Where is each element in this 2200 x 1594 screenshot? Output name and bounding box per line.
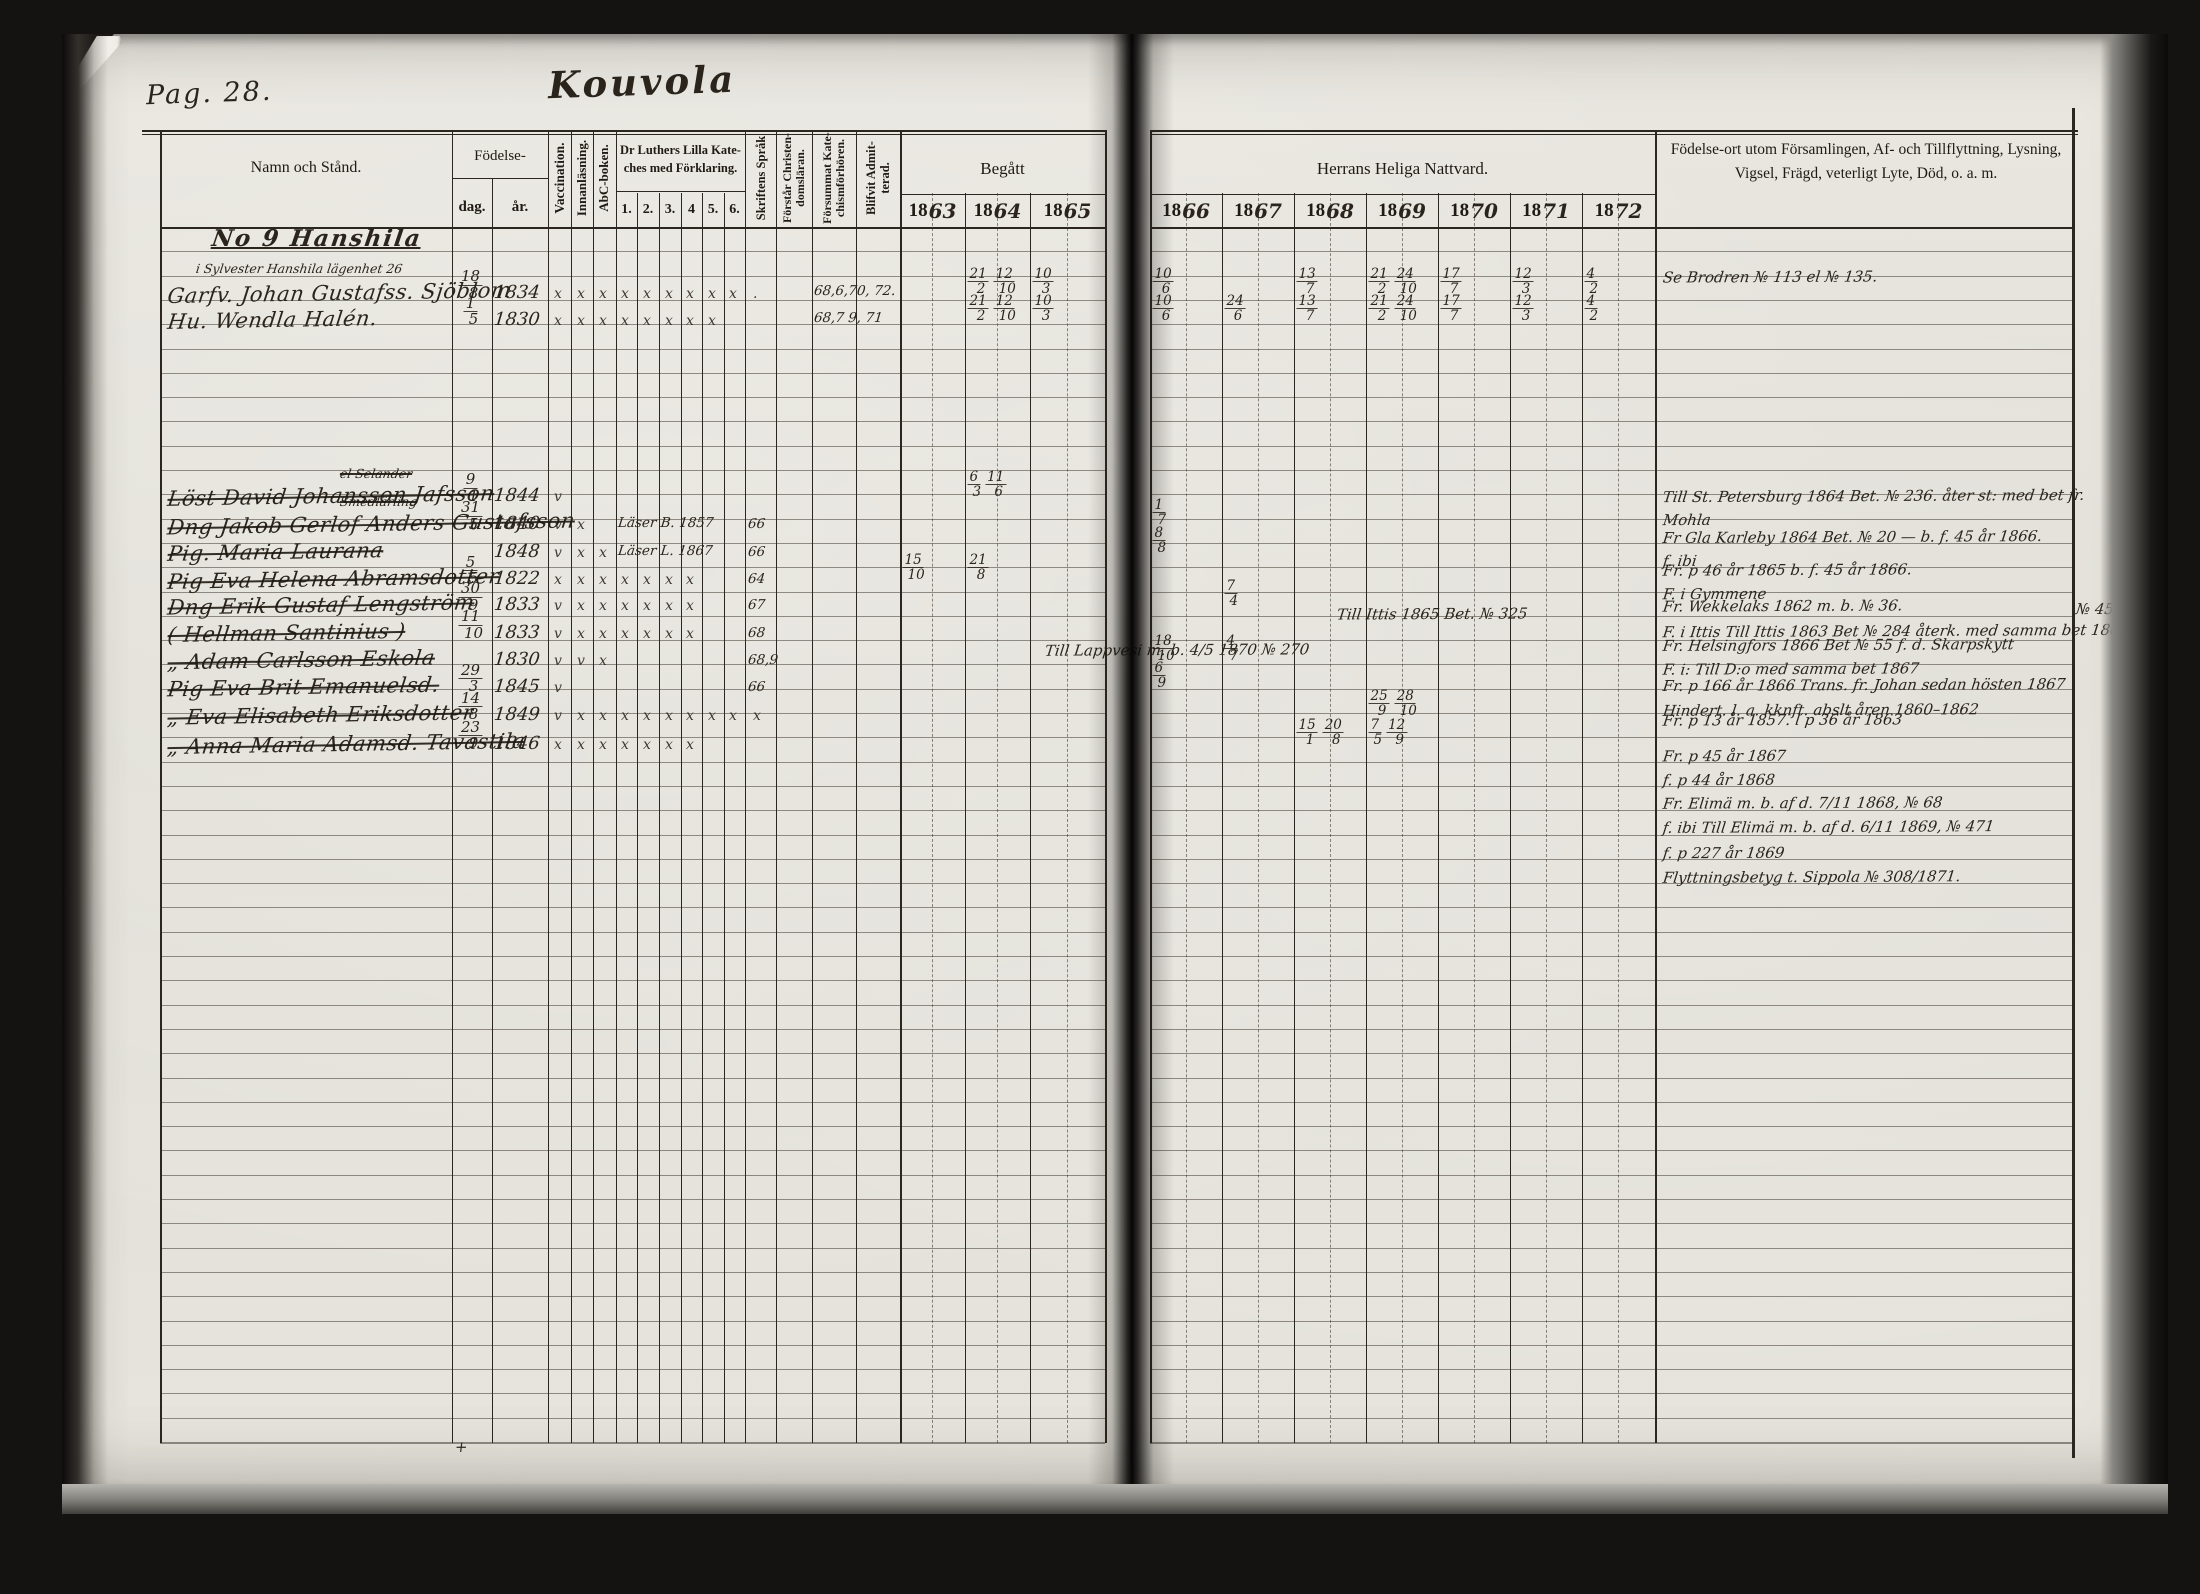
year-label-printed: 18 bbox=[1378, 200, 1397, 222]
entry-mark: x bbox=[577, 313, 585, 329]
entry-birth-year: 1848 bbox=[493, 541, 541, 562]
entry-mark: v bbox=[554, 680, 562, 696]
rule-horizontal bbox=[160, 883, 1105, 884]
entry-mark: x bbox=[665, 313, 673, 329]
date-fraction: 137 bbox=[1298, 294, 1319, 323]
entry-mark: x bbox=[621, 313, 629, 329]
grid-annotation: Till Lappvesi m. b. 4/5 1870 № 270 bbox=[1044, 640, 1311, 659]
entry-mark: x bbox=[665, 737, 673, 753]
rule-vertical bbox=[548, 130, 549, 1443]
rule-horizontal bbox=[160, 373, 1105, 374]
entry-mark: x bbox=[665, 626, 673, 642]
rule-vertical bbox=[702, 193, 703, 1443]
rule-horizontal bbox=[1150, 1248, 2072, 1249]
rule-vertical-dashed bbox=[1067, 193, 1068, 1443]
entry-birth-year: 1846 bbox=[493, 733, 541, 754]
rule-horizontal bbox=[1150, 1005, 2072, 1006]
grid-annotation: Till Ittis 1865 Bet. № 325 bbox=[1336, 604, 1529, 623]
entry-birth-day: 1110 bbox=[453, 609, 491, 642]
entry-mark: x bbox=[686, 572, 694, 588]
entry-mark: v bbox=[554, 489, 562, 505]
rule-vertical bbox=[1510, 193, 1511, 1443]
entry-birth-year: 1830 bbox=[493, 649, 541, 670]
rule-horizontal bbox=[160, 1321, 1105, 1322]
entry-mark: x bbox=[599, 572, 607, 588]
communion-cell: 103 bbox=[1034, 294, 1055, 323]
entry-mark: x bbox=[686, 626, 694, 642]
rule-horizontal bbox=[160, 1175, 1105, 1176]
communion-cell: 151208 bbox=[1298, 718, 1345, 747]
entry-mark: x bbox=[753, 708, 761, 724]
entry-birth-year: 1822 bbox=[493, 568, 541, 589]
date-fraction: 15 bbox=[465, 296, 479, 329]
year-label: 1870 bbox=[1438, 195, 1510, 226]
entry-catechumen-years: 68,6,70, 72. bbox=[813, 283, 896, 299]
date-fraction: 74 bbox=[1226, 579, 1239, 608]
entry-mark: x bbox=[621, 598, 629, 614]
rule-vertical bbox=[776, 130, 777, 1443]
entry-mark: x bbox=[599, 737, 607, 753]
entry-mark: x bbox=[686, 737, 694, 753]
entry-mark: x bbox=[621, 572, 629, 588]
rule-horizontal bbox=[1150, 1199, 2072, 1200]
entry-birth-day: 15 bbox=[453, 296, 491, 329]
rule-horizontal bbox=[1150, 1126, 2072, 1127]
book-edge-left bbox=[62, 34, 108, 1484]
entry-birth-year: 1833 bbox=[493, 622, 541, 643]
entry-mark: x bbox=[708, 708, 716, 724]
entry-reading-note: Läser L. 1867 bbox=[617, 543, 713, 559]
col-header-abc: AbC-boken. bbox=[593, 130, 616, 226]
rule-horizontal bbox=[1150, 1321, 2072, 1322]
rule-horizontal bbox=[160, 1199, 1105, 1200]
rule-vertical-dashed bbox=[1186, 193, 1187, 1443]
rule-horizontal bbox=[1150, 519, 2072, 520]
rule-horizontal bbox=[1150, 251, 2072, 252]
entry-birth-year: 1844 bbox=[493, 485, 541, 506]
entry-annotation: Fr. Helsingfors 1866 Bet № 55 f. d. Skar… bbox=[1662, 635, 2015, 655]
rule-vertical bbox=[160, 130, 162, 1443]
year-label-printed: 18 bbox=[909, 200, 928, 222]
rule-vertical bbox=[1582, 193, 1583, 1443]
rule-horizontal bbox=[160, 470, 1105, 471]
entry-name: ( Hellman Santinius ) bbox=[166, 619, 407, 647]
date-fraction: 259 bbox=[1370, 689, 1391, 718]
rule-horizontal bbox=[1150, 397, 2072, 398]
rule-horizontal bbox=[160, 1150, 1105, 1151]
rule-horizontal bbox=[160, 1053, 1105, 1054]
entry-mark: x bbox=[554, 286, 562, 302]
rule-horizontal bbox=[160, 907, 1105, 908]
year-label: 1869 bbox=[1366, 195, 1438, 226]
rule-horizontal bbox=[1150, 1078, 2072, 1079]
communion-cell: 63116 bbox=[969, 470, 1008, 499]
rule-horizontal bbox=[1150, 980, 2072, 981]
rule-vertical-dashed bbox=[1618, 193, 1619, 1443]
rule-horizontal bbox=[160, 859, 1105, 860]
entry-mark: v bbox=[554, 708, 562, 724]
col-header-admitted: Blifvit Admit- terad. bbox=[856, 130, 900, 226]
date-fraction: 212 bbox=[969, 294, 990, 323]
entry-birth-year: 1849 bbox=[493, 704, 541, 725]
communion-cell: 42 bbox=[1586, 294, 1599, 323]
year-label-printed: 18 bbox=[1522, 200, 1541, 222]
rule-horizontal bbox=[452, 178, 548, 179]
rule-horizontal bbox=[1150, 446, 2072, 447]
rule-horizontal bbox=[160, 1369, 1105, 1370]
entry-name: Pig Eva Helena Abramsdotter bbox=[166, 564, 500, 594]
date-fraction: 75 bbox=[1370, 718, 1383, 747]
entry-mark: x bbox=[643, 572, 651, 588]
entry-name-note: el Selander bbox=[339, 466, 413, 481]
rule-vertical-dashed bbox=[1546, 193, 1547, 1443]
rule-horizontal bbox=[1150, 1418, 2072, 1419]
date-fraction: 103 bbox=[1034, 294, 1055, 323]
entry-mark: x bbox=[577, 545, 585, 561]
rule-horizontal bbox=[1150, 1223, 2072, 1224]
entry-mark: x bbox=[621, 708, 629, 724]
entry-birth-day: 239 bbox=[453, 720, 491, 753]
entry-mark: x bbox=[643, 626, 651, 642]
year-label-script: 63 bbox=[929, 199, 957, 223]
rule-horizontal bbox=[1150, 1296, 2072, 1297]
rule-horizontal bbox=[1150, 907, 2072, 908]
rule-horizontal bbox=[142, 130, 1105, 132]
rule-vertical bbox=[637, 193, 638, 1443]
entry-mark: x bbox=[643, 313, 651, 329]
entry-mark: x bbox=[621, 737, 629, 753]
rule-horizontal bbox=[1150, 134, 2078, 135]
rule-vertical bbox=[724, 193, 725, 1443]
catechism-col-number: 1. bbox=[616, 201, 637, 219]
entry-mark: v bbox=[554, 653, 562, 669]
year-label-script: 71 bbox=[1542, 199, 1570, 223]
book-edge-right bbox=[2100, 34, 2168, 1484]
entry-language-note: 68,9 bbox=[747, 652, 779, 668]
entry-mark: x bbox=[577, 572, 585, 588]
entry-mark: v bbox=[577, 653, 585, 669]
rule-horizontal bbox=[160, 1005, 1105, 1006]
year-label-printed: 18 bbox=[1234, 200, 1253, 222]
entry-mark: x bbox=[599, 653, 607, 669]
year-label-printed: 18 bbox=[1306, 200, 1325, 222]
rule-horizontal bbox=[1150, 1442, 2072, 1444]
rule-vertical bbox=[812, 130, 813, 1443]
rule-horizontal bbox=[1150, 1102, 2072, 1103]
rule-horizontal bbox=[160, 1442, 1105, 1444]
rule-horizontal bbox=[160, 1248, 1105, 1249]
year-label-printed: 18 bbox=[1044, 200, 1063, 222]
entry-mark: x bbox=[729, 286, 737, 302]
rule-horizontal bbox=[1150, 1053, 2072, 1054]
entry-mark: x bbox=[665, 572, 673, 588]
rule-horizontal bbox=[160, 810, 1105, 811]
rule-horizontal bbox=[1150, 786, 2072, 787]
rule-horizontal bbox=[160, 786, 1105, 787]
rule-vertical bbox=[681, 193, 682, 1443]
entry-annotation: Mohla bbox=[1662, 511, 1712, 529]
year-label-script: 66 bbox=[1182, 199, 1210, 223]
year-label-script: 70 bbox=[1470, 199, 1498, 223]
entry-annotation: Fr Gla Karleby 1864 Bet. № 20 — b. f. 45… bbox=[1662, 527, 2043, 547]
entry-mark: x bbox=[708, 286, 716, 302]
entry-mark: x bbox=[577, 737, 585, 753]
rule-vertical bbox=[492, 178, 493, 1443]
rule-horizontal bbox=[160, 1078, 1105, 1079]
book-edge-bottom bbox=[62, 1484, 2168, 1514]
rule-vertical bbox=[616, 130, 617, 1443]
rule-horizontal bbox=[160, 762, 1105, 763]
entry-mark: x bbox=[686, 598, 694, 614]
rule-horizontal bbox=[1150, 1272, 2072, 1273]
rule-horizontal bbox=[160, 1126, 1105, 1127]
year-label-script: 68 bbox=[1326, 199, 1354, 223]
entry-mark: x bbox=[708, 313, 716, 329]
entry-mark: v bbox=[554, 626, 562, 642]
entry-name-note: Smedlärling bbox=[339, 494, 418, 509]
date-fraction: 129 bbox=[1388, 718, 1409, 747]
rule-vertical bbox=[1655, 130, 1657, 1443]
rule-vertical bbox=[2072, 108, 2075, 1458]
year-label: 1868 bbox=[1294, 195, 1366, 226]
entry-name: Hu. Wendla Halén. bbox=[166, 306, 378, 334]
rule-horizontal bbox=[1150, 324, 2072, 325]
communion-cell: 246 bbox=[1226, 294, 1247, 323]
rule-vertical bbox=[1294, 193, 1295, 1443]
date-fraction: 246 bbox=[1226, 294, 1247, 323]
rule-horizontal bbox=[1150, 373, 2072, 374]
catechism-col-number: 4 bbox=[681, 201, 702, 219]
year-label: 1871 bbox=[1510, 195, 1582, 226]
entry-birth-year: 1834 bbox=[493, 282, 541, 303]
entry-language-note: 67 bbox=[747, 597, 766, 613]
entry-mark: x bbox=[554, 737, 562, 753]
rule-horizontal bbox=[1150, 470, 2072, 471]
rule-horizontal bbox=[160, 1345, 1105, 1346]
entry-annotation: Fr. p 13 år 1857. l p 36 år 1863 bbox=[1662, 711, 1903, 730]
entry-mark: x bbox=[665, 708, 673, 724]
entry-annotation: Flyttningsbetyg t. Sippola № 308/1871. bbox=[1662, 867, 1962, 887]
col-header-understands: Förstår Christen- domsläran. bbox=[776, 130, 812, 226]
rule-horizontal bbox=[1150, 1175, 2072, 1176]
entry-mark: v bbox=[554, 517, 562, 533]
entry-annotation: Fr. Elimä m. b. af d. 7/11 1868, № 68 bbox=[1662, 793, 1944, 812]
rule-horizontal bbox=[160, 1029, 1105, 1030]
rule-horizontal bbox=[1150, 1393, 2072, 1394]
entry-birth-year: 1833 bbox=[493, 594, 541, 615]
rule-vertical bbox=[659, 193, 660, 1443]
rule-horizontal bbox=[160, 980, 1105, 981]
rule-vertical bbox=[900, 130, 902, 1443]
catechism-col-number: 3. bbox=[659, 201, 681, 219]
year-label-script: 69 bbox=[1398, 199, 1426, 223]
date-fraction: 123 bbox=[1514, 294, 1535, 323]
entry-language-note: 64 bbox=[747, 571, 766, 587]
entry-language-note: 66 bbox=[747, 516, 766, 532]
rule-horizontal bbox=[1150, 1150, 2072, 1151]
rule-horizontal bbox=[160, 1272, 1105, 1273]
entry-birth-year: 1845 bbox=[493, 676, 541, 697]
rule-vertical bbox=[571, 130, 572, 1443]
entry-mark: x bbox=[577, 708, 585, 724]
date-fraction: 212 bbox=[1370, 294, 1391, 323]
rule-vertical-dashed bbox=[1330, 193, 1331, 1443]
rule-horizontal bbox=[160, 1223, 1105, 1224]
entry-annotation: f. p 227 år 1869 bbox=[1662, 844, 1786, 863]
entry-mark: x bbox=[599, 626, 607, 642]
rule-horizontal bbox=[160, 956, 1105, 957]
entry-mark: x bbox=[643, 286, 651, 302]
date-fraction: 116 bbox=[987, 470, 1008, 499]
rule-horizontal bbox=[1150, 859, 2072, 860]
rule-horizontal bbox=[616, 191, 745, 192]
entry-mark: x bbox=[554, 572, 562, 588]
year-label-script: 72 bbox=[1615, 199, 1643, 223]
rule-vertical bbox=[1222, 193, 1223, 1443]
catechism-col-number: 2. bbox=[637, 201, 659, 219]
col-header-vaccination: Vaccination. bbox=[548, 130, 571, 226]
catechism-col-number: 5. bbox=[702, 201, 724, 219]
entry-mark: x bbox=[665, 598, 673, 614]
year-label-printed: 18 bbox=[1595, 200, 1614, 222]
entry-mark: x bbox=[686, 286, 694, 302]
rule-horizontal bbox=[1150, 664, 2072, 665]
year-label: 1863 bbox=[900, 195, 965, 226]
entry-mark: v bbox=[554, 598, 562, 614]
entry-name: Löst David Johansson Jafsson bbox=[166, 481, 496, 511]
entry-mark: x bbox=[577, 626, 585, 642]
communion-cell: 1510 bbox=[904, 553, 925, 582]
entry-reading-note: Läser B. 1857 bbox=[617, 515, 714, 531]
entry-name: Pig Eva Brit Emanuelsd. bbox=[166, 672, 441, 701]
entry-name: Pig. Maria Laurana bbox=[166, 538, 385, 566]
rule-vertical bbox=[745, 130, 746, 1443]
book-gutter bbox=[1088, 34, 1174, 1484]
catechism-col-number: 6. bbox=[724, 201, 745, 219]
entry-mark: x bbox=[643, 737, 651, 753]
year-label-script: 67 bbox=[1254, 199, 1282, 223]
communion-cell: 218 bbox=[969, 553, 990, 582]
entry-mark: x bbox=[577, 598, 585, 614]
communion-cell: 75129 bbox=[1370, 718, 1409, 747]
rule-vertical bbox=[1438, 193, 1439, 1443]
rule-horizontal bbox=[160, 1393, 1105, 1394]
rule-vertical bbox=[1030, 193, 1031, 1443]
communion-cell: 2592810 bbox=[1370, 689, 1417, 718]
date-fraction: 42 bbox=[1586, 294, 1599, 323]
rule-horizontal bbox=[1150, 300, 2072, 301]
entry-heading: No 9 Hanshila bbox=[210, 225, 424, 252]
rule-vertical-dashed bbox=[1402, 193, 1403, 1443]
date-fraction: 1210 bbox=[995, 294, 1016, 323]
rule-vertical bbox=[965, 193, 966, 1443]
year-label-script: 64 bbox=[994, 199, 1022, 223]
entry-mark: x bbox=[643, 598, 651, 614]
date-fraction: 1510 bbox=[904, 553, 925, 582]
rule-horizontal bbox=[160, 446, 1105, 447]
rule-horizontal bbox=[1150, 1369, 2072, 1370]
entry-mark: v bbox=[554, 545, 562, 561]
entry-catechumen-years: 68,7 9, 71 bbox=[813, 310, 883, 326]
communion-cell: 177 bbox=[1442, 294, 1463, 323]
date-fraction: 2410 bbox=[1396, 294, 1417, 323]
year-label: 1872 bbox=[1582, 195, 1655, 226]
rule-horizontal bbox=[160, 1418, 1105, 1419]
entry-subnote: i Sylvester Hanshila lägenhet 26 bbox=[195, 261, 403, 276]
rule-horizontal bbox=[160, 1296, 1105, 1297]
entry-mark: x bbox=[577, 517, 585, 533]
entry-annotation: f. ibi Till Elimä m. b. af d. 6/11 1869,… bbox=[1662, 817, 1996, 837]
entry-annotation: Fr. p 45 år 1867 bbox=[1662, 746, 1787, 765]
rule-vertical-dashed bbox=[932, 193, 933, 1443]
entry-mark: x bbox=[665, 286, 673, 302]
rule-vertical bbox=[856, 130, 857, 1443]
rule-horizontal bbox=[160, 592, 1105, 593]
rule-vertical bbox=[1366, 193, 1367, 1443]
rule-vertical-dashed bbox=[1474, 193, 1475, 1443]
rule-horizontal bbox=[1150, 762, 2072, 763]
entry-annotation: Till St. Petersburg 1864 Bet. № 236. åte… bbox=[1662, 486, 2086, 506]
entry-annotation: Fr. p 166 år 1866 Trans. fr. Johan sedan… bbox=[1662, 675, 2067, 695]
entry-annotation: Se Brodren № 113 el № 135. bbox=[1662, 267, 1879, 286]
date-fraction: 315 bbox=[460, 500, 483, 533]
date-fraction: 151 bbox=[1298, 718, 1319, 747]
entry-language-note: 68 bbox=[747, 625, 766, 641]
entry-birth-year: 1840 bbox=[493, 513, 541, 534]
rule-horizontal bbox=[1150, 1029, 2072, 1030]
entry-name: „ Adam Carlsson Eskola bbox=[166, 646, 436, 675]
entry-annotation: Fr. Wekkelaks 1862 m. b. № 36. bbox=[1662, 597, 1904, 616]
rule-horizontal bbox=[1150, 421, 2072, 422]
date-fraction: 63 bbox=[969, 470, 982, 499]
col-header-reading: Innanläsning. bbox=[571, 130, 593, 226]
scanned-ledger-page: Pag. 28. Kouvola Namn och Stånd. Födelse… bbox=[0, 0, 2200, 1594]
entry-language-note: 66 bbox=[747, 679, 766, 695]
rule-horizontal bbox=[160, 421, 1105, 422]
date-fraction: 1110 bbox=[460, 609, 483, 642]
rule-horizontal bbox=[1150, 130, 2078, 132]
entry-mark: x bbox=[621, 286, 629, 302]
rule-horizontal bbox=[160, 835, 1105, 836]
entry-mark: x bbox=[621, 626, 629, 642]
entry-mark: x bbox=[554, 313, 562, 329]
communion-cell: 74 bbox=[1226, 579, 1239, 608]
rule-horizontal bbox=[160, 349, 1105, 350]
entry-mark: x bbox=[577, 286, 585, 302]
rule-horizontal bbox=[1150, 227, 2072, 229]
entry-language-note: 66 bbox=[747, 544, 766, 560]
rule-vertical-dashed bbox=[997, 193, 998, 1443]
entry-mark: x bbox=[599, 545, 607, 561]
rule-horizontal bbox=[142, 134, 1105, 135]
entry-annotation: Fr. p 46 år 1865 b. f. 45 år 1866. bbox=[1662, 560, 1913, 579]
rule-vertical-dashed bbox=[1258, 193, 1259, 1443]
year-label-printed: 18 bbox=[1450, 200, 1469, 222]
col-header-script-lang: Skriftens Språk bbox=[745, 130, 776, 226]
entry-mark: x bbox=[599, 313, 607, 329]
rule-horizontal bbox=[1150, 932, 2072, 933]
date-fraction: 2810 bbox=[1396, 689, 1417, 718]
date-fraction: 177 bbox=[1442, 294, 1463, 323]
rule-horizontal bbox=[1150, 737, 2072, 738]
grid-annotation: + bbox=[454, 1438, 469, 1456]
communion-cell: 2122410 bbox=[1370, 294, 1417, 323]
entry-mark: x bbox=[599, 708, 607, 724]
rule-horizontal bbox=[1150, 276, 2072, 277]
entry-mark: . bbox=[753, 286, 757, 302]
date-fraction: 208 bbox=[1324, 718, 1345, 747]
entry-mark: x bbox=[686, 313, 694, 329]
